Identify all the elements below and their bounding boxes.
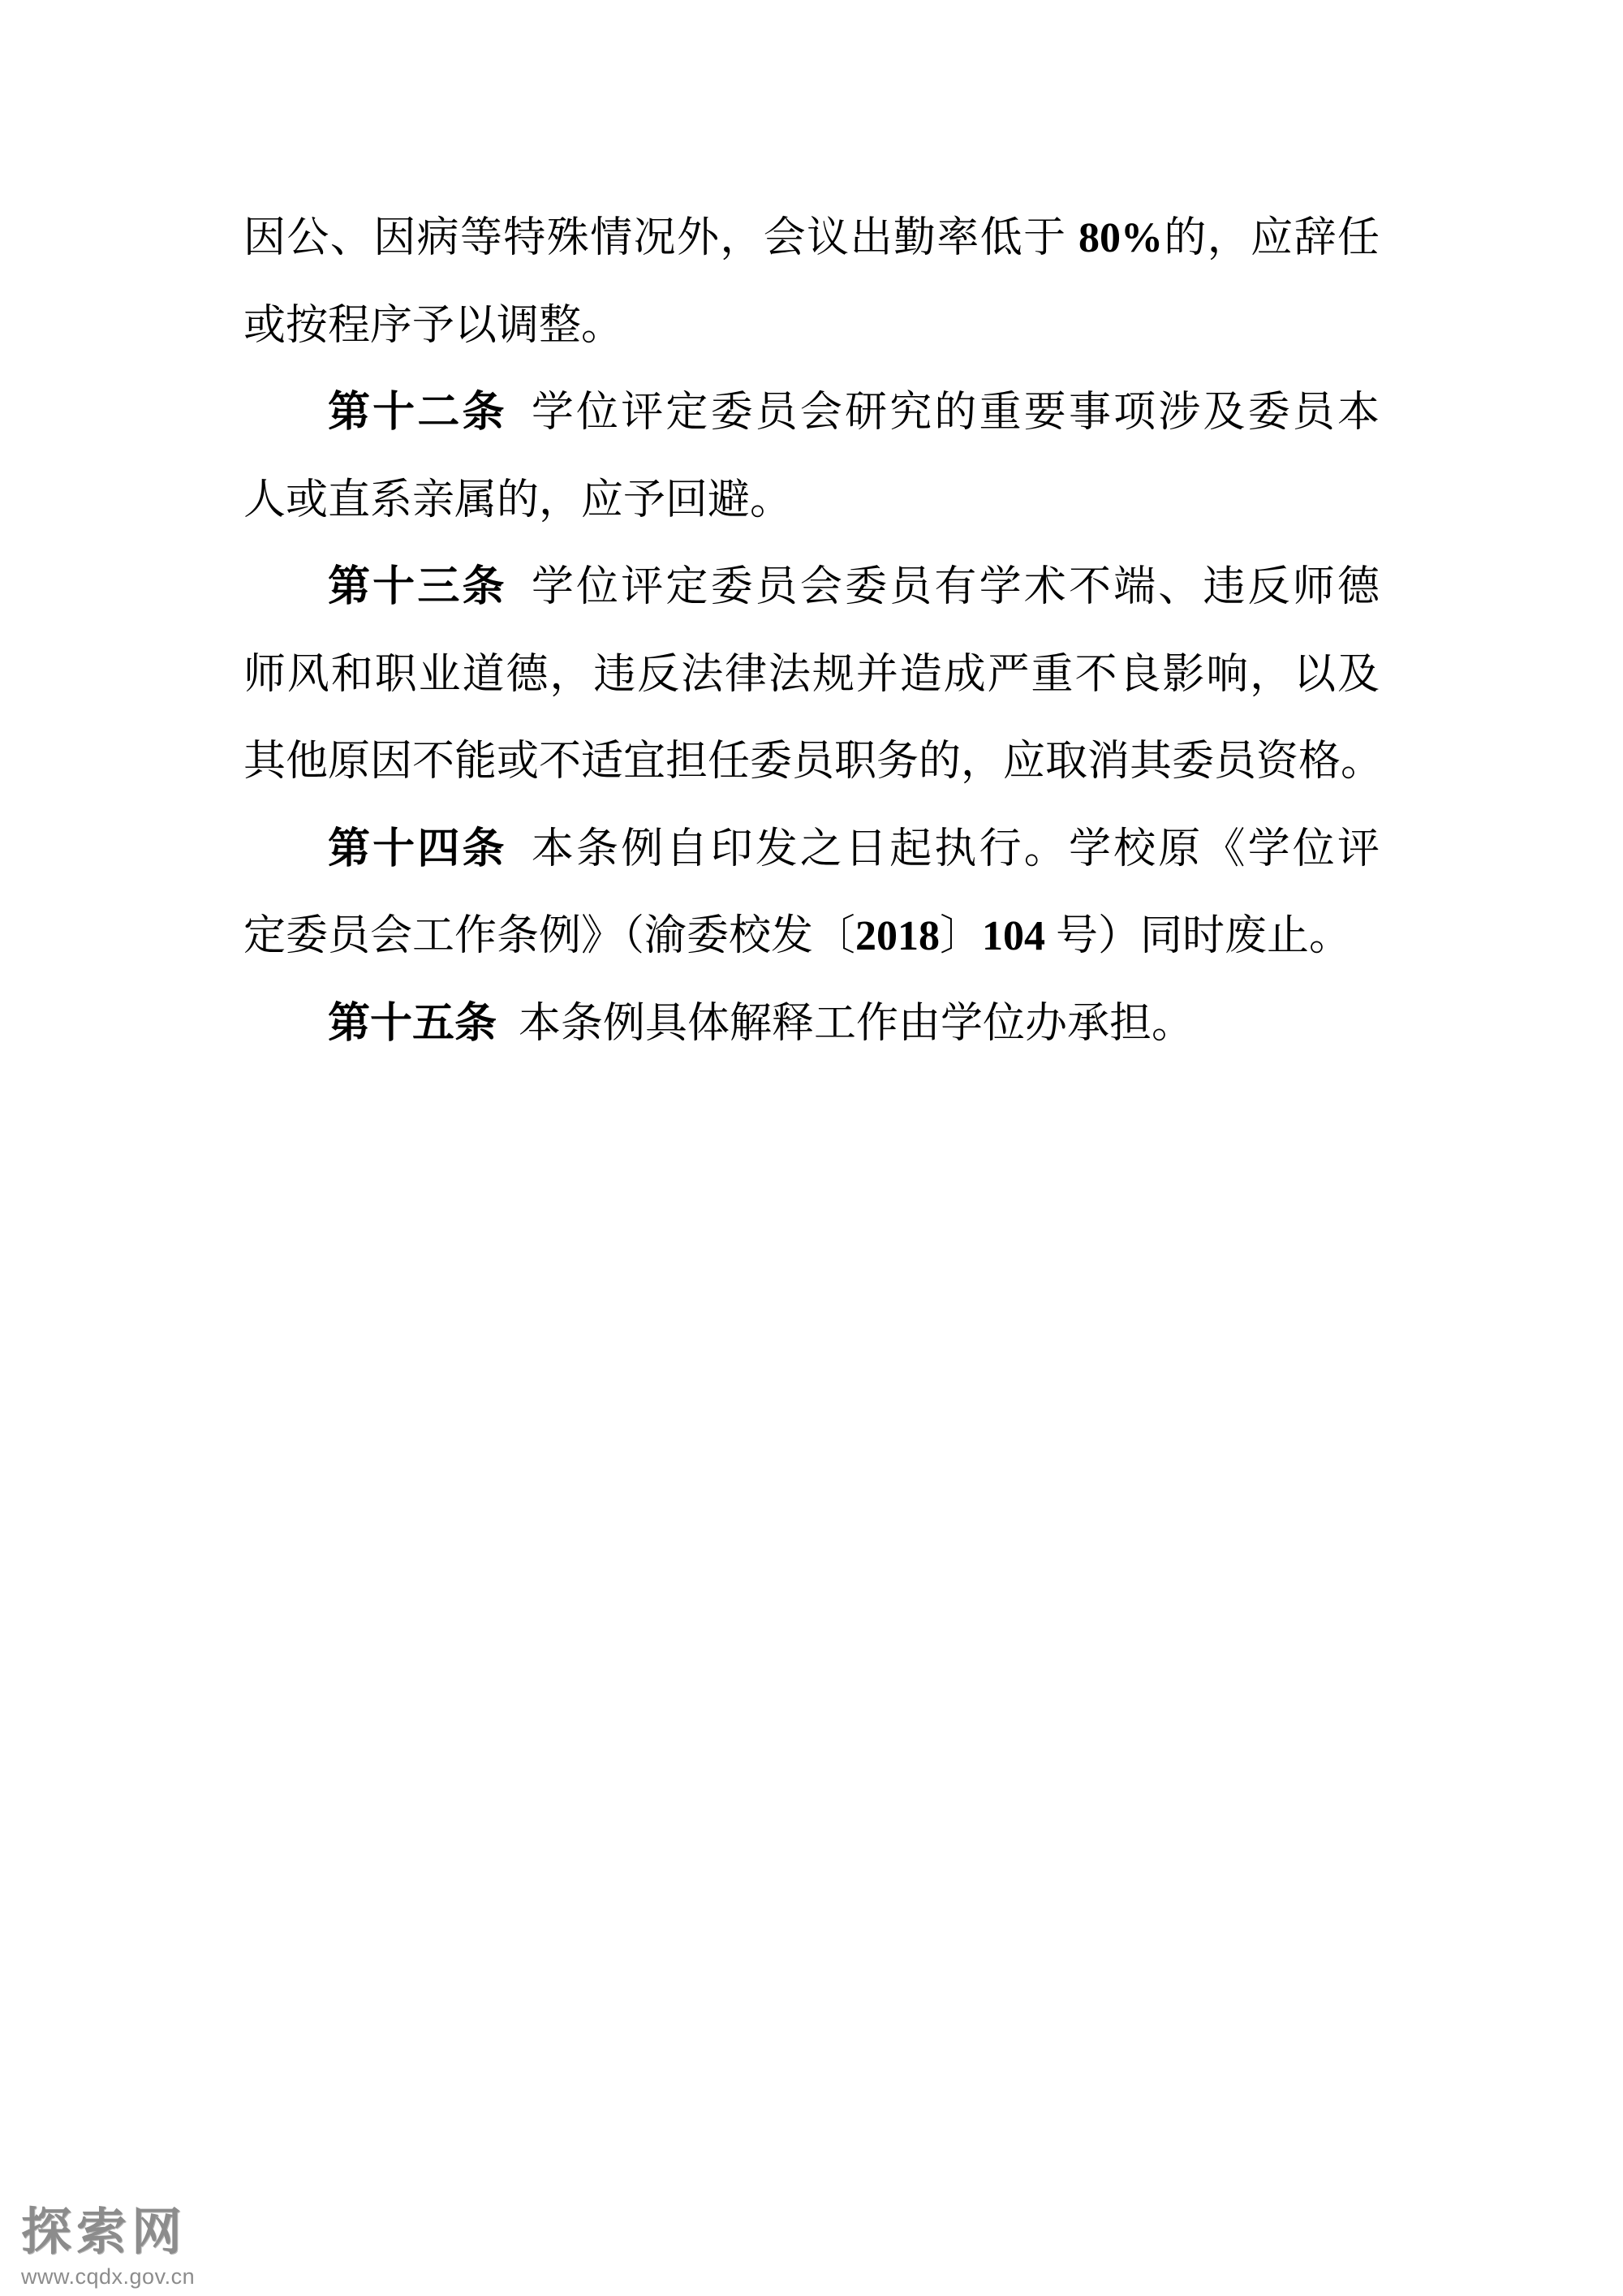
text-run: 人或直系亲属的，应予回避。 <box>243 477 792 523</box>
document-line: 第十五条 本条例具体解释工作由学位办承担。 <box>243 980 1380 1068</box>
watermark-url: www.cqdx.gov.cn <box>21 2264 195 2289</box>
document-line: 或按程序予以调整。 <box>243 282 1380 370</box>
text-run: 本条例具体解释工作由学位办承担。 <box>508 1001 1194 1047</box>
article-heading: 第十五条 <box>328 1001 497 1047</box>
article-heading: 第十二条 <box>328 390 507 436</box>
text-run: 本条例自印发之日起执行。学校原《学位评 <box>519 826 1380 872</box>
document-line: 第十四条 本条例自印发之日起执行。学校原《学位评 <box>243 806 1380 894</box>
number-text: 104 <box>982 913 1045 959</box>
document-line: 第十三条 学位评定委员会委员有学术不端、违反师德 <box>243 544 1380 631</box>
document-page: 因公、因病等特殊情况外，会议出勤率低于 80%的，应辞任或按程序予以调整。第十二… <box>0 0 1623 2296</box>
document-body: 因公、因病等特殊情况外，会议出勤率低于 80%的，应辞任或按程序予以调整。第十二… <box>243 195 1380 1067</box>
text-run: 师风和职业道德，违反法律法规并造成严重不良影响，以及 <box>243 652 1380 698</box>
text-run: 〕 <box>940 913 982 959</box>
watermark-logo: 探索网 <box>21 2203 195 2263</box>
number-text: 80% <box>1078 215 1163 261</box>
text-run: 学位评定委员会委员有学术不端、违反师德 <box>519 564 1380 610</box>
article-heading: 第十三条 <box>328 564 507 610</box>
document-line: 人或直系亲属的，应予回避。 <box>243 457 1380 545</box>
watermark: 探索网 www.cqdx.gov.cn <box>21 2203 195 2289</box>
text-run: 因公、因病等特殊情况外，会议出勤率低于 <box>243 215 1078 261</box>
document-line: 师风和职业道德，违反法律法规并造成严重不良影响，以及 <box>243 631 1380 719</box>
text-run: 号）同时废止。 <box>1045 913 1351 959</box>
text-run: 或按程序予以调整。 <box>243 303 623 349</box>
document-line: 第十二条 学位评定委员会研究的重要事项涉及委员本 <box>243 369 1380 457</box>
text-run: 学位评定委员会研究的重要事项涉及委员本 <box>519 390 1380 436</box>
text-run: 的，应辞任 <box>1163 215 1380 261</box>
document-line: 其他原因不能或不适宜担任委员职务的，应取消其委员资格。 <box>243 718 1380 806</box>
document-line: 因公、因病等特殊情况外，会议出勤率低于 80%的，应辞任 <box>243 195 1380 282</box>
article-heading: 第十四条 <box>328 826 507 872</box>
document-line: 定委员会工作条例》（渝委校发〔2018〕104 号）同时废止。 <box>243 893 1380 980</box>
number-text: 2018 <box>855 913 940 959</box>
text-run: 定委员会工作条例》（渝委校发〔 <box>243 913 855 959</box>
text-run: 其他原因不能或不适宜担任委员职务的，应取消其委员资格。 <box>243 739 1383 785</box>
